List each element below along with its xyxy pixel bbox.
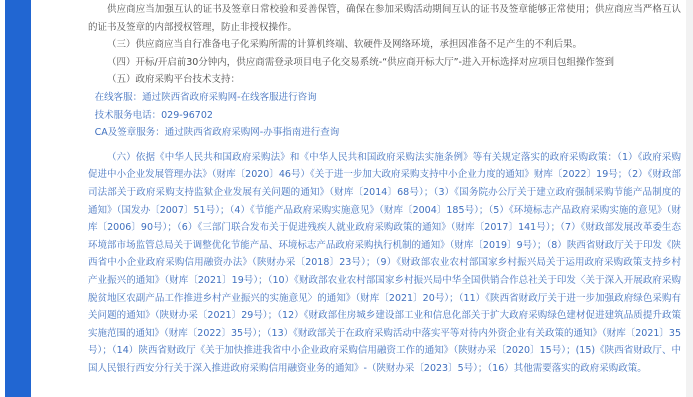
sidebar-blue-strip <box>5 0 31 397</box>
document-page: 供应商应当加强互认的证书及签章日常校验和妥善保管，确保在参加采购活动期间互认的证… <box>0 0 693 397</box>
paragraph-item-3: （三）供应商应当自行准备电子化采购所需的计算机终端、软硬件及网络环境，承担因准备… <box>88 36 681 54</box>
paragraph-item-4: （四）开标/开启前30分钟内，供应商需登录项目电子化交易系统-“供应商开标大厅”… <box>88 54 681 72</box>
paragraph-cert-management: 供应商应当加强互认的证书及签章日常校验和妥善保管，确保在参加采购活动期间互认的证… <box>88 1 681 36</box>
scrollbar-track[interactable] <box>686 0 693 397</box>
paragraph-online-service: 在线客服：通过陕西省政府采购网-在线客服进行咨询 <box>88 89 681 107</box>
document-body: 供应商应当加强互认的证书及签章日常校验和妥善保管，确保在参加采购活动期间互认的证… <box>88 1 681 377</box>
paragraph-item-6-policies: （六）依据《中华人民共和国政府采购法》和《中华人民共和国政府采购法实施条例》等有… <box>88 149 681 378</box>
paragraph-tech-service-phone: 技术服务电话：029-96702 <box>88 107 681 125</box>
paragraph-item-5: （五）政府采购平台技术支持： <box>88 71 681 89</box>
paragraph-ca-signature-service: CA及签章服务：通过陕西省政府采购网-办事指南进行查询 <box>88 124 681 142</box>
